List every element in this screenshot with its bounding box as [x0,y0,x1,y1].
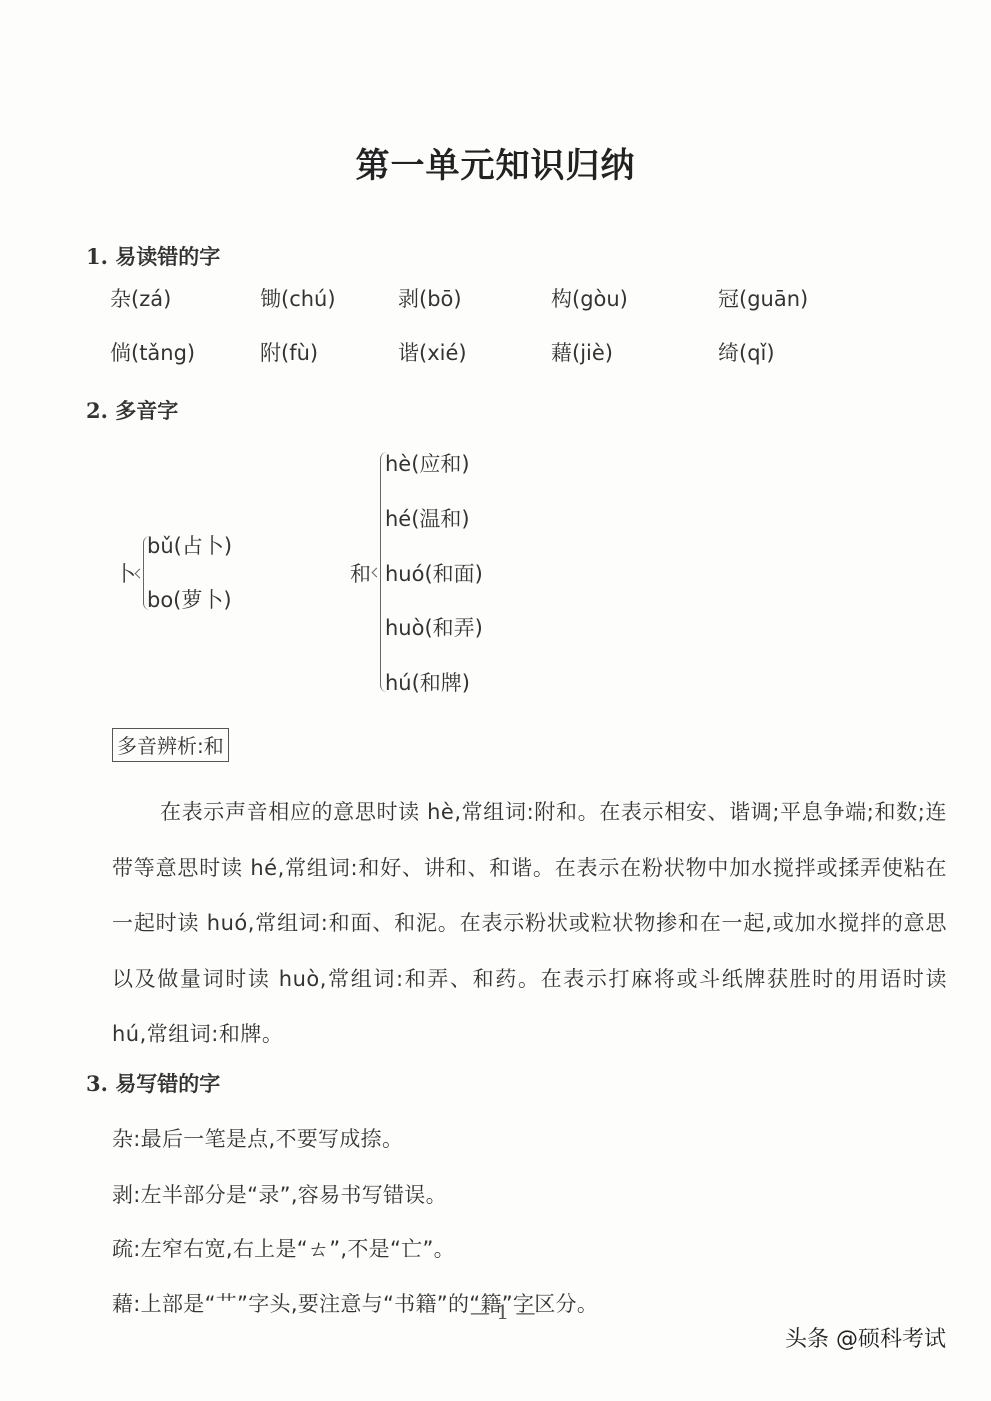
writing-note: 剥:左半部分是“录”,容易书写错误。 [112,1179,447,1209]
analysis-paragraph: 在表示声音相应的意思时读 hè,常组词:附和。在表示相安、谐调;平息争端;和数;… [112,785,947,1063]
polyphone-reading: hè(应和) [385,448,470,478]
reading-item: 剥(bō) [398,283,462,313]
polyphone-reading: hú(和牌) [385,667,470,697]
polyphone-reading: huò(和弄) [385,612,483,642]
reading-item: 谐(xié) [398,337,467,367]
section-number: 1. [86,244,108,269]
section-number: 2. [86,398,108,423]
polyphone-reading: hé(温和) [385,503,470,533]
reading-item: 藉(jiè) [551,337,613,367]
reading-item: 杂(zá) [110,283,171,313]
analysis-label-box: 多音辨析:和 [112,728,229,762]
polyphone-char: 卜 [115,558,136,588]
page-number: — 1 — [470,1300,535,1324]
reading-item: 附(fù) [260,337,318,367]
reading-item: 冠(guān) [718,283,808,313]
section-title: 易写错的字 [115,1072,220,1096]
reading-item: 倘(tǎng) [110,337,195,367]
writing-note: 疏:左窄右宽,右上是“ㄊ”,不是“亡”。 [112,1233,455,1263]
section-number: 3. [86,1071,108,1096]
reading-item: 锄(chú) [260,283,336,313]
reading-item: 构(gòu) [551,283,628,313]
section-title: 多音字 [115,399,178,423]
polyphone-reading: huó(和面) [385,558,483,588]
writing-note: 杂:最后一笔是点,不要写成捺。 [112,1123,403,1153]
section-heading-miswritten: 3. 易写错的字 [86,1068,220,1098]
watermark: 头条 @硕科考试 [785,1322,946,1353]
polyphone-reading: bǔ(占卜) [147,530,232,560]
section-title: 易读错的字 [115,245,220,269]
polyphone-char: 和 [350,558,371,588]
page-title: 第一单元知识归纳 [0,138,991,187]
polyphone-reading: bo(萝卜) [147,584,232,614]
section-heading-misread: 1. 易读错的字 [86,241,220,271]
section-heading-polyphone: 2. 多音字 [86,395,178,425]
reading-item: 绮(qǐ) [718,337,775,367]
